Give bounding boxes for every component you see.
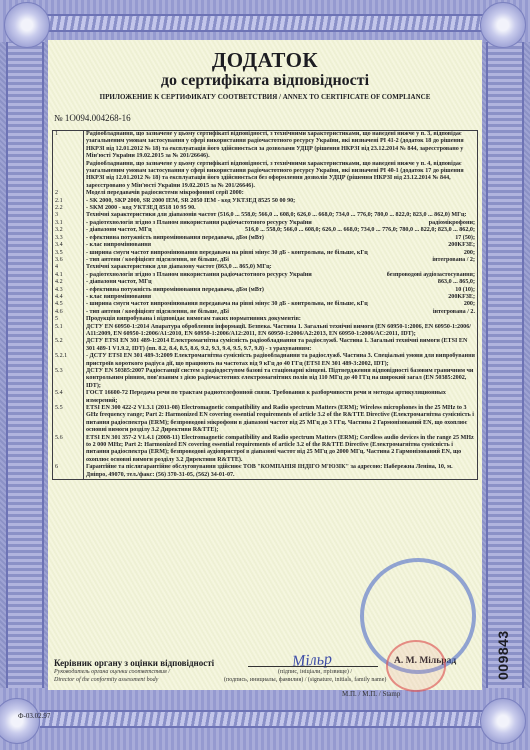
row-content: - діапазони частот, МГц516,0 ... 558,0; … — [84, 227, 478, 234]
row-content: - SK 2000, SKP 2000, SR 2000 IEM, SR 205… — [84, 198, 478, 205]
row-number: 5.2.1 — [53, 353, 84, 368]
table-row: 2.1- SK 2000, SKP 2000, SR 2000 IEM, SR … — [53, 198, 478, 205]
row-number: 4.4 — [53, 294, 84, 301]
row-content: Моделі передавачів радіосистеми мікрофон… — [84, 190, 478, 197]
table-row: 5.2.1- ДСТУ ETSI EN 301 489-3:2009 Елект… — [53, 353, 478, 368]
certificate-number: № 1О094.004268-16 — [54, 113, 131, 123]
table-row: 3.3- ефективна потужність випромінювання… — [53, 235, 478, 242]
table-row: 5.1ДСТУ EN 60950-1:2014 Апаратура обробл… — [53, 324, 478, 339]
row-content: Радіообладнання, що зазначене у цьому се… — [84, 161, 478, 191]
row-text: - ширина смуги частот випромінювання пер… — [86, 250, 368, 257]
row-text: - ефективна потужність випромінювання пе… — [86, 287, 264, 294]
row-number: 5.6 — [53, 435, 84, 465]
row-content: - ширина смуги частот випромінювання пер… — [84, 250, 478, 257]
row-content: - радіотехнологія згідно з Планом викори… — [84, 220, 478, 227]
row-value: безпроводові аудіозастосування; — [387, 272, 475, 279]
row-value: 863,0 ... 865,0; — [438, 279, 475, 286]
row-number: 3.5 — [53, 250, 84, 257]
row-content: ETSI EN 300 422-2 V1.3.1 (2011-08) Elect… — [84, 405, 478, 435]
coat-of-arms-stamp-icon — [386, 640, 446, 692]
table-row: 3.5- ширина смуги частот випромінювання … — [53, 250, 478, 257]
page-subtitle-translation: ПРИЛОЖЕНИЕ К СЕРТИФИКАТУ СООТВЕТСТВИЯ / … — [48, 93, 482, 101]
decorative-frame-top — [0, 0, 530, 42]
rosette-icon — [480, 698, 526, 744]
table-row: 2Моделі передавачів радіосистеми мікрофо… — [53, 190, 478, 197]
signature-caption-ua: (підпис, ініціали, прізвище) / — [278, 669, 352, 675]
row-content: Технічні характеристики для діапазонів ч… — [84, 212, 478, 219]
row-value: 200KF3E; — [448, 294, 475, 301]
row-number: 4.2 — [53, 279, 84, 286]
decorative-frame-right — [486, 42, 524, 688]
row-number: 5.4 — [53, 390, 84, 405]
row-text: - ефективна потужність випромінювання пе… — [86, 235, 264, 242]
decorative-frame-left — [6, 42, 44, 688]
serial-number: 009843 — [495, 630, 511, 680]
row-content: ДСТУ ETSI EN 301 489-1:2014 Електромагні… — [84, 338, 478, 353]
row-number: 3 — [53, 212, 84, 219]
row-number: 4.1 — [53, 272, 84, 279]
row-number: 4.3 — [53, 287, 84, 294]
signatory-title-en: Director of the conformity assessment bo… — [54, 677, 158, 683]
rosette-icon — [4, 2, 50, 48]
table-row: 4Технічні характеристики для діапазону ч… — [53, 264, 478, 271]
table-row: 4.3- ефективна потужність випромінювання… — [53, 287, 478, 294]
row-value: інтегрована / 2. — [433, 309, 475, 316]
row-number: 5.1 — [53, 324, 84, 339]
signatory-title: Керівник органу з оцінки відповідності — [54, 658, 214, 668]
row-value: 200KF3E; — [448, 242, 475, 249]
table-row: 5Продукція випробувана і відповідає вимо… — [53, 316, 478, 323]
row-content: Гарантійне та післягарантійне обслуговув… — [84, 464, 478, 479]
signature-line — [248, 666, 378, 667]
row-text: - діапазони частот, МГц — [86, 227, 152, 234]
row-number: 4.6 — [53, 309, 84, 316]
specifications-table: 1Радіообладнання, що зазначене у цьому с… — [52, 130, 478, 480]
row-content: Радіообладнання, що зазначене у цьому се… — [84, 131, 478, 161]
row-text: - клас випромінювання — [86, 242, 151, 249]
row-content: Продукція випробувана і відповідає вимог… — [84, 316, 478, 323]
row-content: ETSI EN 301 357-2 V1.4.1 (2008-11) Elect… — [84, 435, 478, 465]
row-number: 3.2 — [53, 227, 84, 234]
row-content: - діапазони частот, МГц863,0 ... 865,0; — [84, 279, 478, 286]
signature-caption-ru-en: (подпись, инициалы, фамилия) / (signatur… — [224, 677, 386, 683]
table-row: 4.5- ширина смуги частот випромінювання … — [53, 301, 478, 308]
certificate-annex-page: ДОДАТОК до сертифіката відповідності ПРИ… — [0, 0, 530, 750]
row-value: 516,0 ... 558,0; 566,0 ... 608,0; 626,0 … — [245, 227, 475, 234]
row-number: 2.2 — [53, 205, 84, 212]
table-row: 1Радіообладнання, що зазначене у цьому с… — [53, 131, 478, 161]
row-number: 3.4 — [53, 242, 84, 249]
table-row: 5.2ДСТУ ETSI EN 301 489-1:2014 Електрома… — [53, 338, 478, 353]
rosette-icon — [480, 2, 526, 48]
row-number: 4 — [53, 264, 84, 271]
table-row: 3.2- діапазони частот, МГц516,0 ... 558,… — [53, 227, 478, 234]
row-content: ДСТУ EN 60950-1:2014 Апаратура обробленн… — [84, 324, 478, 339]
row-content: - ефективна потужність випромінювання пе… — [84, 287, 478, 294]
row-number: 5.5 — [53, 405, 84, 435]
row-text: - ширина смуги частот випромінювання пер… — [86, 301, 368, 308]
row-number: 3.6 — [53, 257, 84, 264]
row-content: ГОСТ 16600-72 Передача речи по трактам р… — [84, 390, 478, 405]
row-number: 6 — [53, 464, 84, 479]
row-content: - ширина смуги частот випромінювання пер… — [84, 301, 478, 308]
row-content: ДСТУ EN 50385:2007 Радіостанції систем з… — [84, 368, 478, 390]
page-title: ДОДАТОК — [48, 48, 482, 73]
row-content: - радіотехнологія згідно з Планом викори… — [84, 272, 478, 279]
table-row: Радіообладнання, що зазначене у цьому се… — [53, 161, 478, 191]
row-number: 3.1 — [53, 220, 84, 227]
signatory-title-ru: Руководитель органа оценки соответствия … — [54, 669, 170, 675]
row-value: інтегрована / 2; — [432, 257, 475, 264]
stamp-label: М.П. / М.П. / Stamp — [342, 690, 400, 698]
row-text: - радіотехнологія згідно з Планом викори… — [86, 220, 312, 227]
row-value: 10 (10); — [455, 287, 475, 294]
table-row: 5.3ДСТУ EN 50385:2007 Радіостанції систе… — [53, 368, 478, 390]
row-number: 3.3 — [53, 235, 84, 242]
row-number: 4.5 — [53, 301, 84, 308]
row-content: - ДСТУ ETSI EN 301 489-3:2009 Електромаг… — [84, 353, 478, 368]
table-row: 3.1- радіотехнологія згідно з Планом вик… — [53, 220, 478, 227]
form-number: Ф-03.02.97 — [18, 712, 50, 720]
row-number: 5 — [53, 316, 84, 323]
table-row: 5.5ETSI EN 300 422-2 V1.3.1 (2011-08) El… — [53, 405, 478, 435]
row-number — [53, 161, 84, 191]
row-content: - ефективна потужність випромінювання пе… — [84, 235, 478, 242]
row-number: 5.3 — [53, 368, 84, 390]
table-row: 3.4- клас випромінювання200KF3E; — [53, 242, 478, 249]
row-value: 17 (50); — [455, 235, 475, 242]
row-number: 5.2 — [53, 338, 84, 353]
table-row: 6Гарантійне та післягарантійне обслугову… — [53, 464, 478, 479]
row-text: - радіотехнологія згідно з Планом викори… — [86, 272, 312, 279]
table-row: 5.6ETSI EN 301 357-2 V1.4.1 (2008-11) El… — [53, 435, 478, 465]
row-content: - клас випромінювання200KF3E; — [84, 242, 478, 249]
table-row: 3Технічні характеристики для діапазонів … — [53, 212, 478, 219]
row-number: 2 — [53, 190, 84, 197]
row-value: радіомікрофони; — [429, 220, 475, 227]
row-value: 200; — [464, 301, 475, 308]
row-content: Технічні характеристики для діапазону ча… — [84, 264, 478, 271]
page-subtitle: до сертифіката відповідності — [48, 72, 482, 90]
row-value: 200; — [464, 250, 475, 257]
table-row: 4.1- радіотехнологія згідно з Планом вик… — [53, 272, 478, 279]
table-row: 5.4ГОСТ 16600-72 Передача речи по тракта… — [53, 390, 478, 405]
row-text: - діапазони частот, МГц — [86, 279, 152, 286]
row-number: 2.1 — [53, 198, 84, 205]
row-number: 1 — [53, 131, 84, 161]
table-row: 4.2- діапазони частот, МГц863,0 ... 865,… — [53, 279, 478, 286]
